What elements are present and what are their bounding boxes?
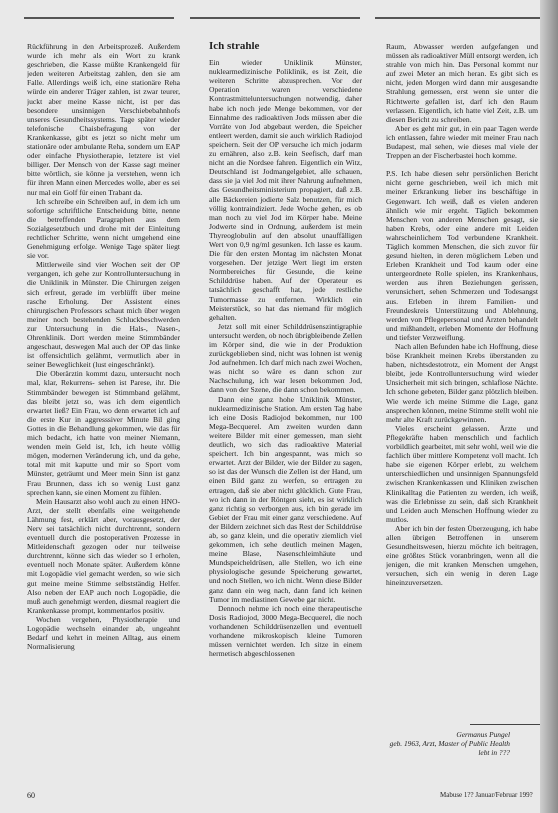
paragraph: Dann eine ganz hohe Uniklinik Münster, n… [209,395,362,604]
column-1: Rückführung in den Arbeitsprozeß. Außerd… [27,42,180,770]
issue-footer: Mabuse 1?? Januar/Februar 199? [440,791,533,799]
column-3: Raum, Abwasser werden aufgefangen und mü… [386,42,538,692]
paragraph: Aber es geht mir gut, in ein paar Tagen … [386,124,538,160]
top-rule [375,17,540,19]
paragraph: Jetzt soll mit einer Schilddrüsenszintig… [209,322,362,395]
magazine-page: Rückführung in den Arbeitsprozeß. Außerd… [0,0,540,813]
top-rule [190,17,360,19]
paragraph: Vieles erscheint gelassen. Ärzte und Pfl… [386,424,538,524]
paragraph: P.S. Ich habe diesen sehr persönlichen B… [386,169,538,342]
paragraph: Rückführung in den Arbeitsprozeß. Außerd… [27,42,180,197]
top-rule [24,17,174,19]
author-signature: Germanus Pungel geb. 1963, Arzt, Master … [390,730,510,757]
author-name: Germanus Pungel [390,730,510,739]
paragraph: Mein Hausarzt also wohl auch zu einen HN… [27,497,180,615]
article-heading: Ich strahle [209,42,362,51]
paragraph: Ich schreibe ein Schreiben auf, in dem i… [27,197,180,261]
paragraph: Ein wieder Uniklinik Münster, nuklearmed… [209,58,362,322]
author-title: geb. 1963, Arzt, Master of Public Health [390,739,510,748]
page-number: 60 [27,791,35,800]
signature-rule [470,724,540,725]
page-edge-shadow [540,0,558,813]
paragraph: Raum, Abwasser werden aufgefangen und mü… [386,42,538,124]
paragraph: Nach allen Befunden habe ich Hoffnung, d… [386,342,538,424]
paragraph: Aber ich bin der festen Überzeugung, ich… [386,524,538,588]
paragraph: Mittlerweile sind vier Wochen seit der O… [27,260,180,369]
paragraph: Die Oberärztin kommt dazu, untersucht no… [27,369,180,496]
paragraph: Wochen vergehen, Physiotherapie und Logo… [27,615,180,651]
paragraph: Dennoch nehme ich noch eine therapeutisc… [209,604,362,659]
author-place: lebt in ??? [390,748,510,757]
column-2: Ich strahle Ein wieder Uniklinik Münster… [209,42,362,770]
